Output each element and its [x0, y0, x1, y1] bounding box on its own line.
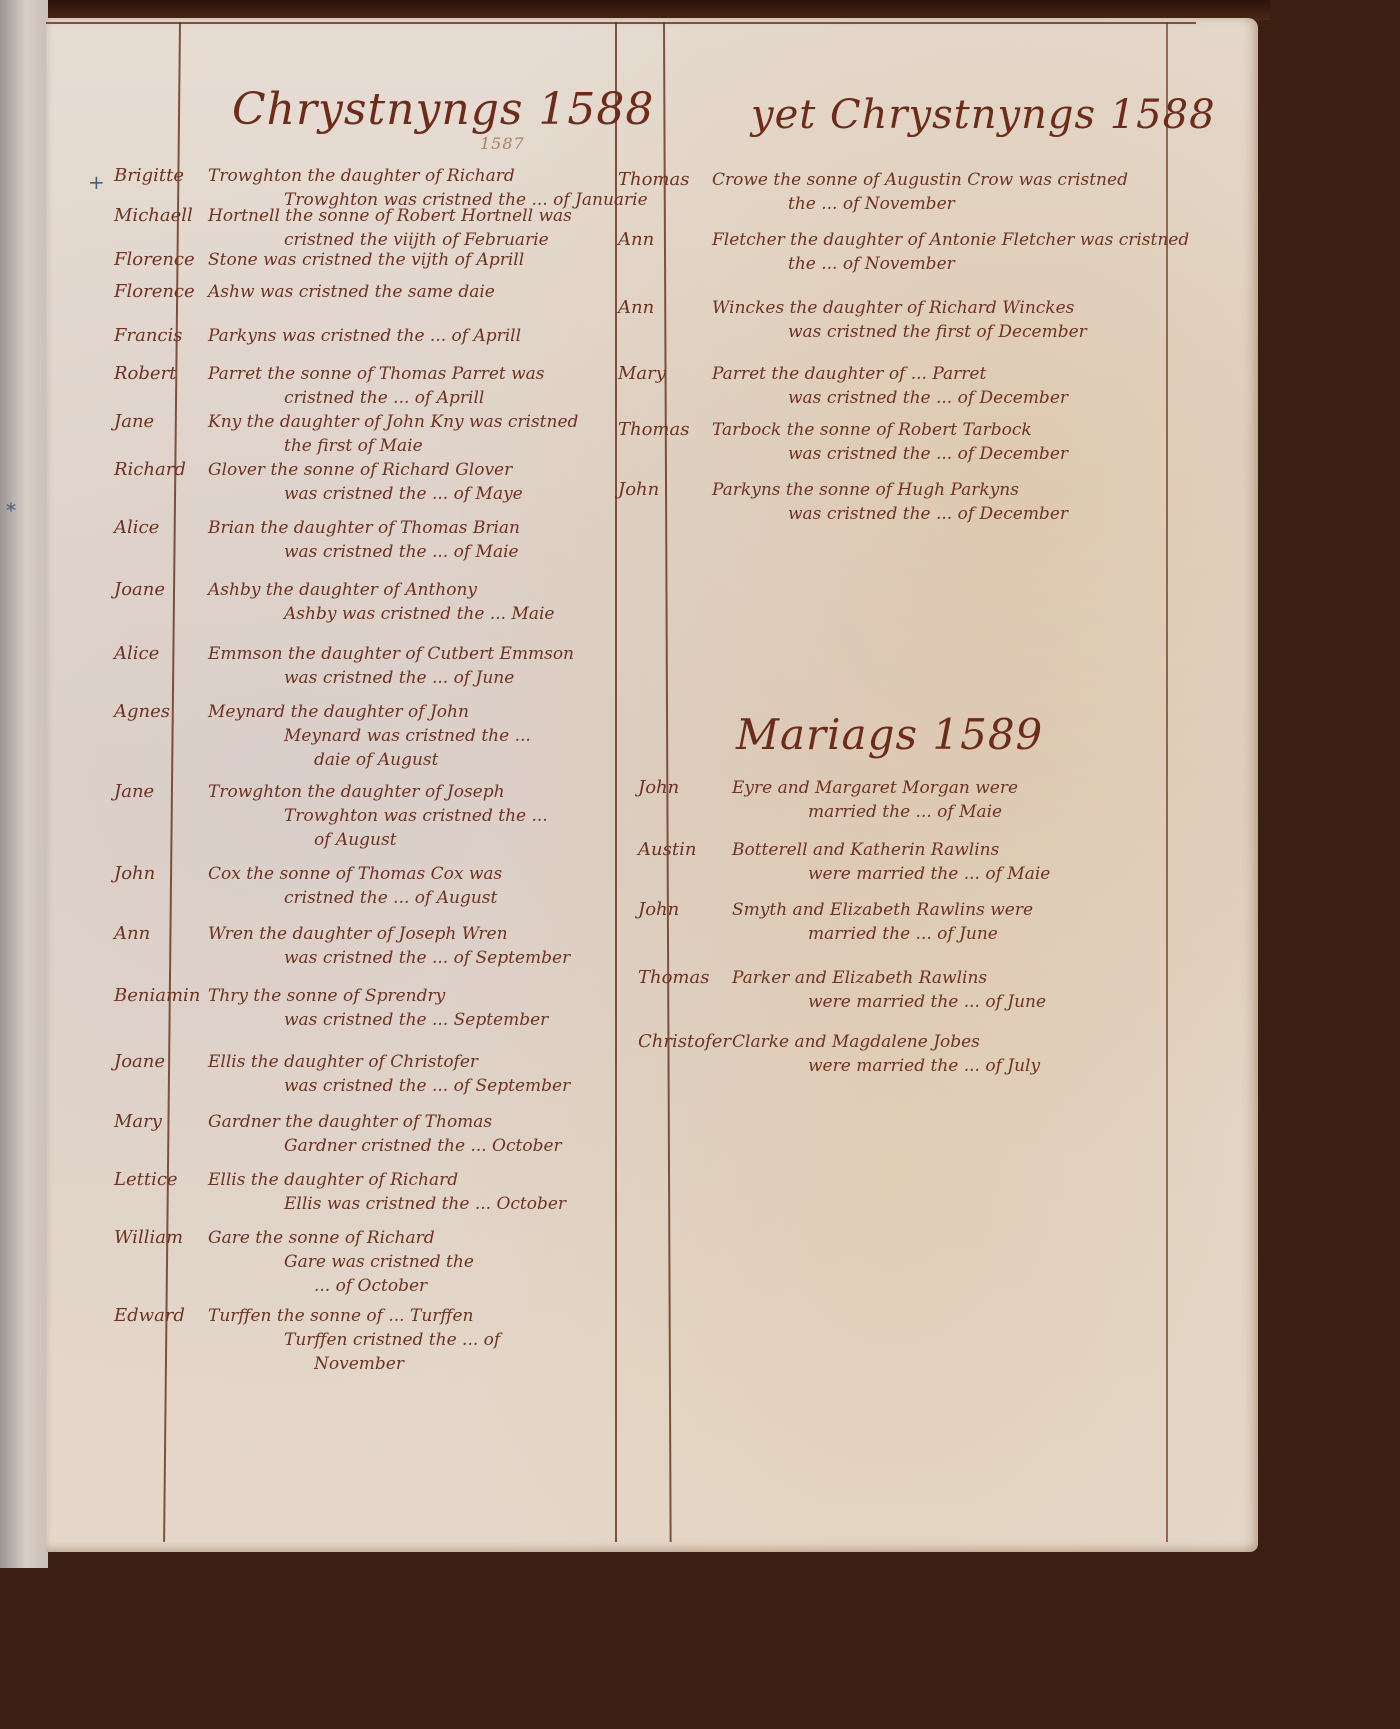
- entry-given-name: Jane: [114, 780, 198, 804]
- entry-text-line1: Parkyns was cristned the ... of Aprill: [208, 324, 521, 348]
- entry-text-line1: Parret the sonne of Thomas Parret was: [208, 362, 545, 386]
- top-ruling-line: [46, 22, 1196, 24]
- entry-given-name: John: [638, 898, 722, 922]
- entry-given-name: Alice: [114, 516, 198, 540]
- entry-text-line2: married the ... of June: [808, 922, 998, 946]
- entry-given-name: Thomas: [618, 418, 702, 442]
- entry-given-name: Alice: [114, 642, 198, 666]
- register-entry: AgnesMeynard the daughter of JohnMeynard…: [114, 700, 594, 772]
- entry-text-line2: was cristned the ... of December: [788, 386, 1068, 410]
- entry-given-name: Austin: [638, 838, 722, 862]
- entry-text-line1: Crowe the sonne of Augustin Crow was cri…: [712, 168, 1128, 192]
- entry-text-line3: of August: [314, 828, 397, 852]
- entry-text-line1: Glover the sonne of Richard Glover: [208, 458, 512, 482]
- entry-text-line1: Kny the daughter of John Kny was cristne…: [208, 410, 578, 434]
- entry-text-line2: was cristned the ... of Maye: [284, 482, 523, 506]
- entry-given-name: Brigitte: [114, 164, 198, 188]
- entry-text-line1: Parker and Elizabeth Rawlins: [732, 966, 987, 990]
- entry-text-line1: Stone was cristned the vijth of Aprill: [208, 248, 524, 272]
- entry-text-line1: Gare the sonne of Richard: [208, 1226, 435, 1250]
- entry-given-name: Francis: [114, 324, 198, 348]
- entry-text-line2: Meynard was cristned the ...: [284, 724, 531, 748]
- entry-text-line1: Parret the daughter of ... Parret: [712, 362, 986, 386]
- entry-text-line2: the ... of November: [788, 192, 955, 216]
- entry-given-name: Ann: [618, 228, 702, 252]
- entry-text-line1: Trowghton the daughter of Richard: [208, 164, 515, 188]
- entry-text-line2: was cristned the ... of September: [284, 946, 570, 970]
- register-entry: BeniaminThry the sonne of Sprendrywas cr…: [114, 984, 594, 1056]
- entry-given-name: Joane: [114, 578, 198, 602]
- entry-text-line2: were married the ... of June: [808, 990, 1046, 1014]
- entry-given-name: John: [114, 862, 198, 886]
- entry-text-line2: was cristned the ... September: [284, 1008, 548, 1032]
- entry-given-name: Lettice: [114, 1168, 198, 1192]
- entry-text-line1: Emmson the daughter of Cutbert Emmson: [208, 642, 574, 666]
- entry-text-line2: was cristned the ... of December: [788, 442, 1068, 466]
- register-entry: WilliamGare the sonne of RichardGare was…: [114, 1226, 594, 1298]
- entry-text-line1: Tarbock the sonne of Robert Tarbock: [712, 418, 1032, 442]
- entry-text-line2: Gardner cristned the ... October: [284, 1134, 562, 1158]
- entry-text-line1: Smyth and Elizabeth Rawlins were: [732, 898, 1033, 922]
- entry-text-line2: the ... of November: [788, 252, 955, 276]
- entry-text-line1: Botterell and Katherin Rawlins: [732, 838, 999, 862]
- entry-given-name: Thomas: [618, 168, 702, 192]
- christenings-heading: Chrystnyngs 1588: [232, 84, 654, 135]
- entry-text-line1: Ellis the daughter of Christofer: [208, 1050, 478, 1074]
- entry-text-line2: Trowghton was cristned the ...: [284, 804, 548, 828]
- entry-text-line1: Gardner the daughter of Thomas: [208, 1110, 492, 1134]
- entry-given-name: Beniamin: [114, 984, 198, 1008]
- entry-text-line1: Ashw was cristned the same daie: [208, 280, 495, 304]
- entry-given-name: Ann: [114, 922, 198, 946]
- entry-given-name: Mary: [618, 362, 702, 386]
- book-top-edge: [0, 0, 1270, 20]
- entry-text-line1: Thry the sonne of Sprendry: [208, 984, 445, 1008]
- register-entry: AnnFletcher the daughter of Antonie Flet…: [618, 228, 1098, 300]
- entry-given-name: Richard: [114, 458, 198, 482]
- entry-text-line3: daie of August: [314, 748, 438, 772]
- entry-given-name: Edward: [114, 1304, 198, 1328]
- entry-text-line2: was cristned the ... of December: [788, 502, 1068, 526]
- entry-text-line2: the first of Maie: [284, 434, 423, 458]
- entry-text-line1: Parkyns the sonne of Hugh Parkyns: [712, 478, 1019, 502]
- entry-text-line2: was cristned the ... of September: [284, 1074, 570, 1098]
- entry-text-line2: were married the ... of July: [808, 1054, 1040, 1078]
- yet-christenings-heading: yet Chrystnyngs 1588: [751, 92, 1216, 138]
- entry-given-name: Florence: [114, 280, 198, 304]
- entry-text-line1: Wren the daughter of Joseph Wren: [208, 922, 508, 946]
- entry-text-line2: Gare was cristned the: [284, 1250, 474, 1274]
- register-entry: ChristoferClarke and Magdalene Jobeswere…: [638, 1030, 1118, 1102]
- register-entry: EdwardTurffen the sonne of ... TurffenTu…: [114, 1304, 594, 1376]
- entry-text-line1: Meynard the daughter of John: [208, 700, 469, 724]
- christenings-heading-correction: 1587: [480, 134, 525, 153]
- register-entry: JohnSmyth and Elizabeth Rawlins weremarr…: [638, 898, 1118, 970]
- entry-text-line2: was cristned the ... of Maie: [284, 540, 519, 564]
- left-column-right-rule: [615, 22, 617, 1542]
- entry-given-name: John: [638, 776, 722, 800]
- entry-given-name: John: [618, 478, 702, 502]
- book-spine-gutter: [0, 0, 48, 1568]
- entry-text-line1: Cox the sonne of Thomas Cox was: [208, 862, 502, 886]
- margin-cross-mark: +: [88, 170, 105, 194]
- marriages-heading: Mariags 1589: [736, 710, 1043, 759]
- entry-text-line1: Brian the daughter of Thomas Brian: [208, 516, 520, 540]
- entry-given-name: Michaell: [114, 204, 198, 228]
- margin-cross-mark: *: [6, 498, 16, 522]
- entry-given-name: Jane: [114, 410, 198, 434]
- entry-text-line2: Ellis was cristned the ... October: [284, 1192, 566, 1216]
- entry-text-line2: Turffen cristned the ... of: [284, 1328, 500, 1352]
- entry-given-name: Thomas: [638, 966, 722, 990]
- entry-text-line1: Eyre and Margaret Morgan were: [732, 776, 1018, 800]
- entry-text-line1: Ashby the daughter of Anthony: [208, 578, 477, 602]
- entry-given-name: Agnes: [114, 700, 198, 724]
- register-entry: AnnWinckes the daughter of Richard Winck…: [618, 296, 1098, 368]
- entry-given-name: Mary: [114, 1110, 198, 1134]
- entry-text-line2: was cristned the ... of June: [284, 666, 514, 690]
- entry-text-line1: Trowghton the daughter of Joseph: [208, 780, 505, 804]
- register-entry: JoaneAshby the daughter of AnthonyAshby …: [114, 578, 594, 650]
- entry-text-line2: was cristned the first of December: [788, 320, 1087, 344]
- entry-given-name: Joane: [114, 1050, 198, 1074]
- entry-text-line1: Ellis the daughter of Richard: [208, 1168, 458, 1192]
- entry-text-line1: Clarke and Magdalene Jobes: [732, 1030, 980, 1054]
- entry-text-line2: married the ... of Maie: [808, 800, 1002, 824]
- entry-text-line3: ... of October: [314, 1274, 427, 1298]
- entry-text-line2: cristned the ... of August: [284, 886, 497, 910]
- entry-text-line2: were married the ... of Maie: [808, 862, 1050, 886]
- entry-text-line1: Hortnell the sonne of Robert Hortnell wa…: [208, 204, 572, 228]
- register-page: + * Chrystnyngs 1588 1587 BrigitteTrowgh…: [46, 18, 1258, 1552]
- register-entry: JohnParkyns the sonne of Hugh Parkynswas…: [618, 478, 1098, 550]
- entry-text-line2: cristned the ... of Aprill: [284, 386, 484, 410]
- entry-text-line1: Turffen the sonne of ... Turffen: [208, 1304, 473, 1328]
- entry-given-name: Robert: [114, 362, 198, 386]
- entry-given-name: Christofer: [638, 1030, 722, 1054]
- entry-text-line2: Ashby was cristned the ... Maie: [284, 602, 555, 626]
- entry-given-name: William: [114, 1226, 198, 1250]
- entry-text-line1: Fletcher the daughter of Antonie Fletche…: [712, 228, 1189, 252]
- register-entry: ThomasParker and Elizabeth Rawlinswere m…: [638, 966, 1118, 1038]
- entry-text-line3: November: [314, 1352, 404, 1376]
- entry-given-name: Florence: [114, 248, 198, 272]
- register-entry: JaneTrowghton the daughter of JosephTrow…: [114, 780, 594, 852]
- entry-text-line1: Winckes the daughter of Richard Winckes: [712, 296, 1074, 320]
- entry-given-name: Ann: [618, 296, 702, 320]
